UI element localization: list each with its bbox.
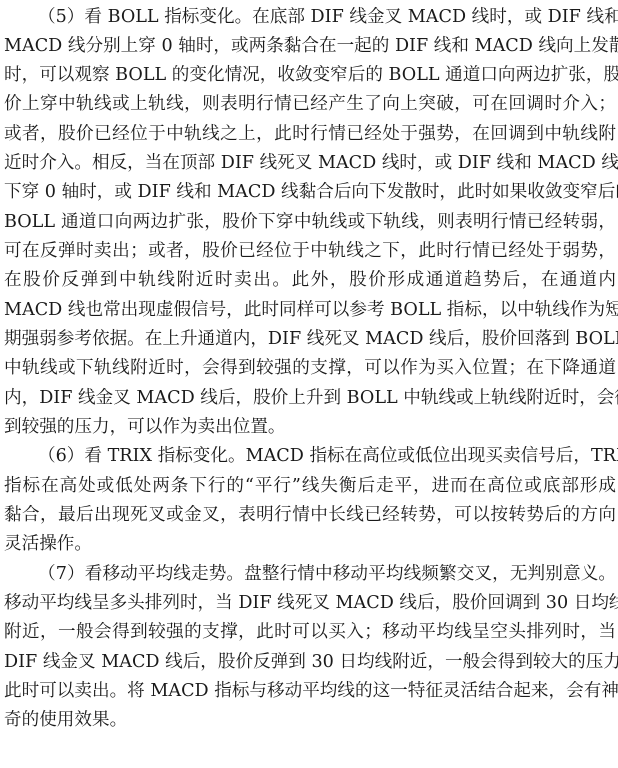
text-line: 或者，股价已经位于中轨线之上，此时行情已经处于强势，在回调到中轨线附 (4, 124, 616, 144)
text-line: 黏合，最后出现死叉或金叉，表明行情中长线已经转势，可以按转势后的方向 (4, 505, 616, 525)
text-line: 在股价反弹到中轨线附近时卖出。此外，股价形成通道趋势后，在通道内 (4, 270, 616, 290)
text-line: （5）看 BOLL 指标变化。在底部 DIF 线金叉 MACD 线时，或 DIF… (38, 7, 616, 27)
text-line: 奇的使用效果。 (4, 710, 616, 730)
document-page: （5）看 BOLL 指标变化。在底部 DIF 线金叉 MACD 线时，或 DIF… (0, 0, 618, 768)
text-line: 灵活操作。 (4, 534, 616, 554)
text-line: 内，DIF 线金叉 MACD 线后，股价上升到 BOLL 中轨线或上轨线附近时，… (4, 388, 616, 408)
text-line: 指标在高处或低处两条下行的“平行”线失衡后走平，进而在高位或底部形成 (4, 476, 616, 496)
text-line: 附近，一般会得到较强的支撑，此时可以买入；移动平均线呈空头排列时，当 (4, 622, 616, 642)
text-line: 下穿 0 轴时，或 DIF 线和 MACD 线黏合后向下发散时，此时如果收敛变窄… (4, 182, 616, 202)
text-line: 时，可以观察 BOLL 的变化情况，收敛变窄后的 BOLL 通道口向两边扩张，股 (4, 65, 616, 85)
text-line: MACD 线分别上穿 0 轴时，或两条黏合在一起的 DIF 线和 MACD 线向… (4, 36, 616, 56)
text-line: 此时可以卖出。将 MACD 指标与移动平均线的这一特征灵活结合起来，会有神 (4, 681, 616, 701)
text-line: 中轨线或下轨线附近时，会得到较强的支撑，可以作为买入位置；在下降通道 (4, 358, 616, 378)
text-line: 移动平均线呈多头排列时，当 DIF 线死叉 MACD 线后，股价回调到 30 日… (4, 593, 616, 613)
text-line: （6）看 TRIX 指标变化。MACD 指标在高位或低位出现买卖信号后，TRIX (38, 446, 616, 466)
text-line: 期强弱参考依据。在上升通道内，DIF 线死叉 MACD 线后，股价回落到 BOL… (4, 329, 616, 349)
text-line: （7）看移动平均线走势。盘整行情中移动平均线频繁交叉，无判别意义。 (38, 564, 616, 584)
text-line: DIF 线金叉 MACD 线后，股价反弹到 30 日均线附近，一般会得到较大的压… (4, 652, 616, 672)
text-line: MACD 线也常出现虚假信号，此时同样可以参考 BOLL 指标，以中轨线作为短 (4, 300, 616, 320)
text-line: 到较强的压力，可以作为卖出位置。 (4, 417, 616, 437)
text-line: BOLL 通道口向两边扩张，股价下穿中轨线或下轨线，则表明行情已经转弱， (4, 212, 616, 232)
text-line: 可在反弹时卖出；或者，股价已经位于中轨线之下，此时行情已经处于弱势， (4, 241, 616, 261)
text-line: 价上穿中轨线或上轨线，则表明行情已经产生了向上突破，可在回调时介入； (4, 94, 616, 114)
text-line: 近时介入。相反，当在顶部 DIF 线死叉 MACD 线时，或 DIF 线和 MA… (4, 153, 616, 173)
